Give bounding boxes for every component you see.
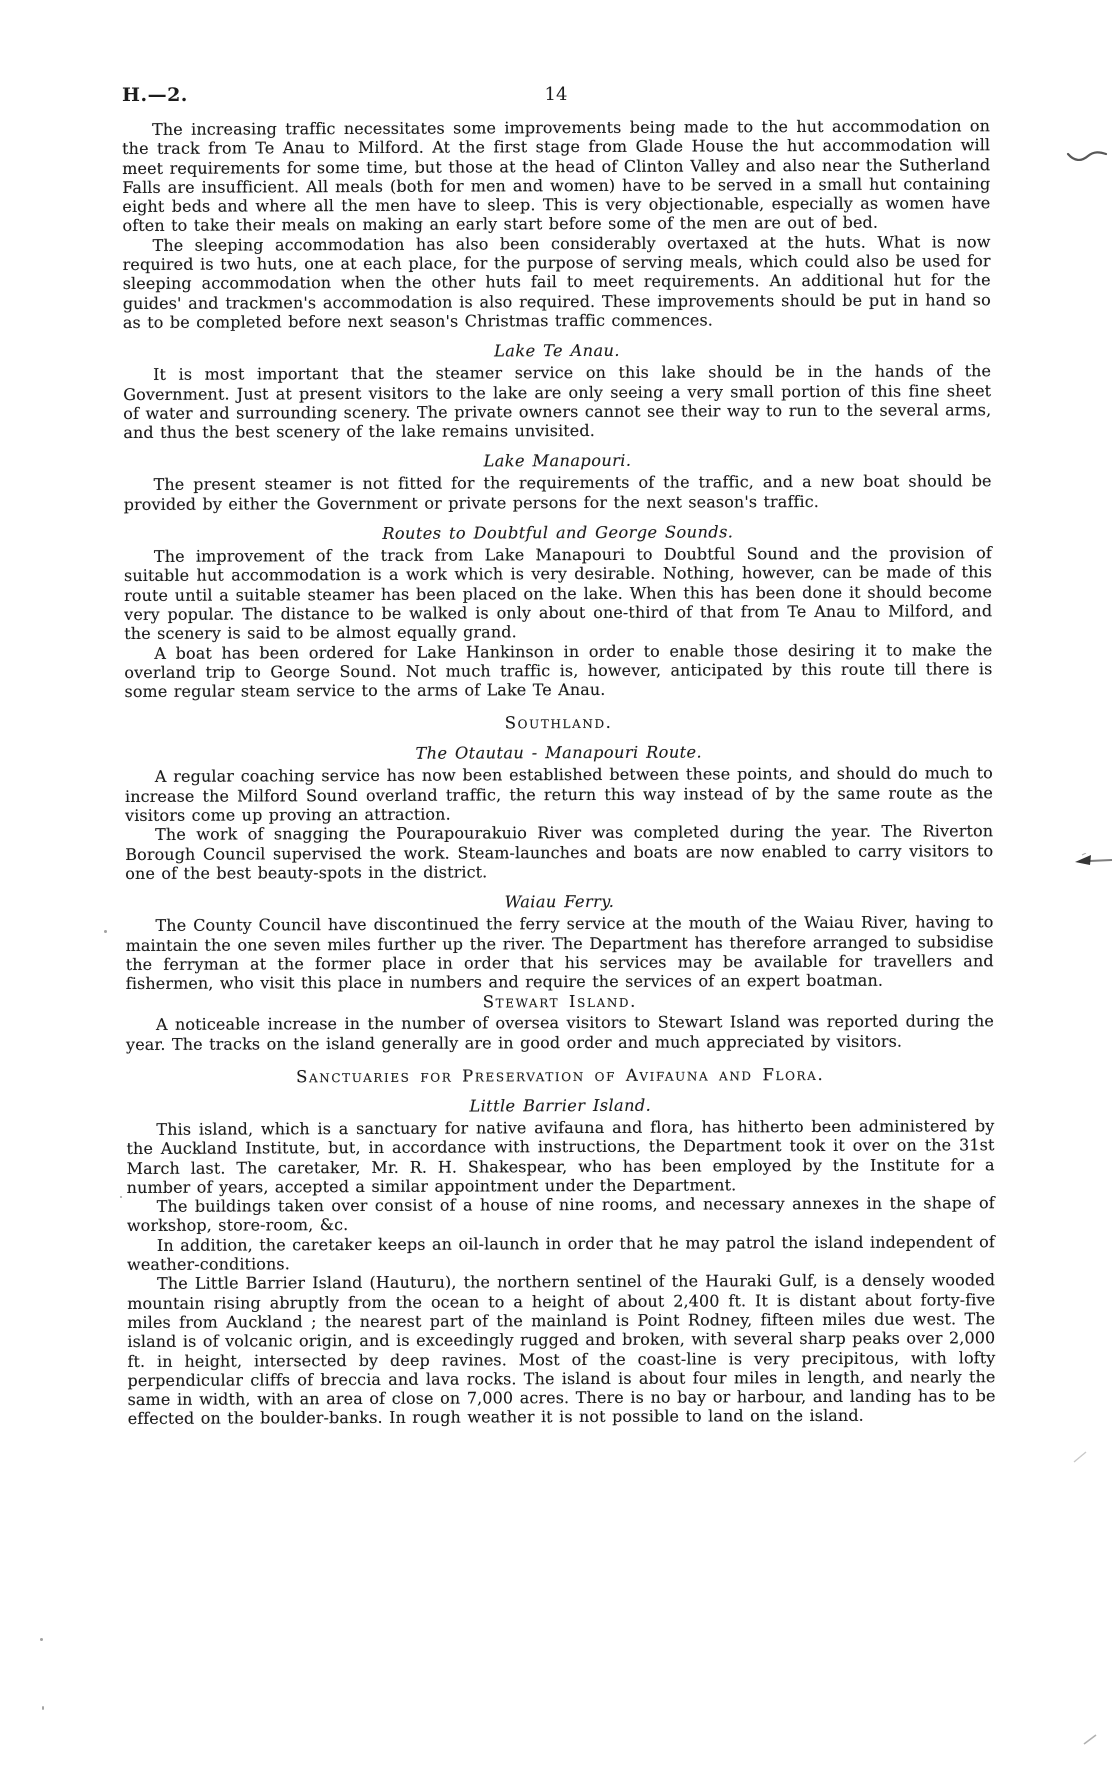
paragraph: This island, which is a sanctuary for na…	[126, 1116, 994, 1197]
page-number: 14	[122, 84, 990, 105]
paragraph: It is most important that the steamer se…	[123, 361, 991, 442]
ink-speck	[42, 1706, 44, 1710]
document-page: H.—2. 14 The increasing traffic necessit…	[0, 0, 1114, 1777]
pen-squiggle-mark	[1066, 146, 1108, 164]
section-heading: Sanctuaries for Preservation of Avifauna…	[126, 1064, 994, 1087]
sub-heading: Lake Manapouri.	[123, 450, 991, 473]
paragraph: A boat has been ordered for Lake Hankins…	[124, 640, 992, 702]
section-heading: Southland.	[125, 712, 993, 735]
paragraph: The County Council have discontinued the…	[125, 912, 993, 993]
paragraph: The Little Barrier Island (Hauturu), the…	[127, 1271, 996, 1429]
paragraph: A regular coaching service has now been …	[125, 764, 993, 826]
sub-heading: Routes to Doubtful and George Sounds.	[124, 521, 992, 544]
faint-slash-mark	[1082, 1732, 1098, 1746]
paragraph: In addition, the caretaker keeps an oil-…	[127, 1232, 995, 1274]
page-header: H.—2. 14	[122, 84, 990, 110]
paragraph: The increasing traffic necessitates some…	[122, 116, 990, 236]
paragraph: The work of snagging the Pourapourakuio …	[125, 822, 993, 884]
paragraph: The buildings taken over consist of a ho…	[127, 1193, 995, 1235]
sub-heading: Little Barrier Island.	[126, 1094, 994, 1117]
section-heading: Stewart Island.	[126, 991, 994, 1014]
pen-arrow-mark	[1074, 853, 1114, 869]
paragraph: The sleeping accommodation has also been…	[123, 232, 991, 332]
faint-slash-mark	[1072, 1450, 1088, 1464]
paragraph: A noticeable increase in the number of o…	[126, 1012, 994, 1054]
paragraph: The improvement of the track from Lake M…	[124, 543, 992, 643]
sub-heading: The Otautau - Manapouri Route.	[125, 742, 993, 765]
sub-heading: Lake Te Anau.	[123, 339, 991, 362]
ink-speck	[40, 1638, 43, 1641]
ink-speck	[104, 930, 107, 933]
sub-heading: Waiau Ferry.	[125, 890, 993, 913]
document-body: The increasing traffic necessitates some…	[122, 116, 996, 1429]
paragraph: The present steamer is not fitted for th…	[124, 472, 992, 514]
ink-speck	[120, 1196, 122, 1198]
